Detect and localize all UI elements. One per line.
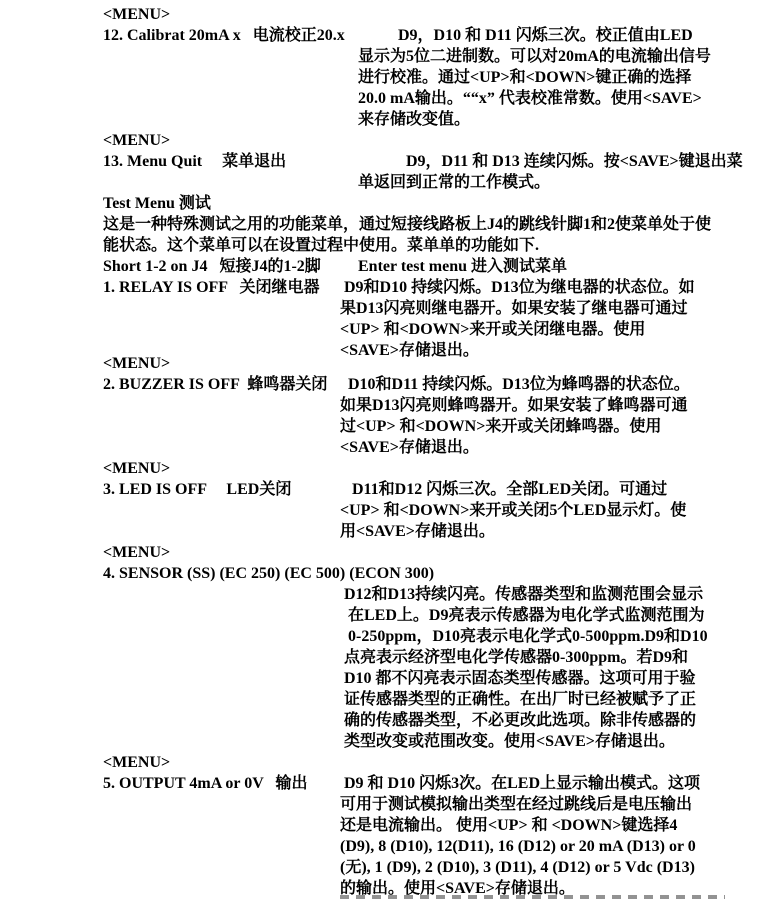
test-item-1-relay-label: 1. RELAY IS OFF 关闭继电器 bbox=[103, 277, 340, 298]
menu-item-13-label: 13. Menu Quit 菜单退出 bbox=[103, 151, 358, 172]
manual-page: <MENU> 12. Calibrat 20mA x 电流校正20.x D9，D… bbox=[0, 0, 780, 899]
menu-separator: <MENU> bbox=[0, 458, 780, 479]
test-item-1-relay-desc: D9和D10 持续闪烁。D13位为继电器的状态位。如 果D13闪亮则继电器开。如… bbox=[340, 277, 780, 361]
test-menu-heading: Test Menu 测试 bbox=[0, 193, 780, 214]
menu-separator: <MENU> bbox=[0, 4, 780, 25]
test-item-2-buzzer-desc: D10和D11 持续闪烁。D13位为蜂鸣器的状态位。 如果D13闪亮则蜂鸣器开。… bbox=[340, 374, 780, 458]
test-item-3-led-label: 3. LED IS OFF LED关闭 bbox=[103, 479, 340, 500]
menu-item-12-desc: D9，D10 和 D11 闪烁三次。校正值由LED 显示为5位二进制数。可以对2… bbox=[358, 25, 780, 130]
test-item-1-relay-row: 1. RELAY IS OFF 关闭继电器 D9和D10 持续闪烁。D13位为继… bbox=[0, 277, 780, 361]
enter-test-menu-desc: Enter test menu 进入测试菜单 bbox=[358, 256, 780, 277]
enter-test-menu-row: Short 1-2 on J4 短接J4的1-2脚 Enter test men… bbox=[0, 256, 780, 277]
test-item-5-output-row: 5. OUTPUT 4mA or 0V 输出 D9 和 D10 闪烁3次。在LE… bbox=[0, 773, 780, 899]
test-item-3-led-desc: D11和D12 闪烁三次。全部LED关闭。可通过 <UP> 和<DOWN>来开或… bbox=[340, 479, 780, 542]
menu-separator: <MENU> bbox=[0, 752, 780, 773]
menu-item-12-label: 12. Calibrat 20mA x 电流校正20.x bbox=[103, 25, 358, 46]
test-item-5-output-desc: D9 和 D10 闪烁3次。在LED上显示输出模式。这项 可用于测试模拟输出类型… bbox=[340, 773, 780, 899]
test-item-4-sensor-row: D12和D13持续闪亮。传感器类型和监测范围会显示 在LED上。D9亮表示传感器… bbox=[0, 584, 780, 752]
test-item-3-led-row: 3. LED IS OFF LED关闭 D11和D12 闪烁三次。全部LED关闭… bbox=[0, 479, 780, 542]
menu-item-13-desc: D9，D11 和 D13 连续闪烁。按<SAVE>键退出菜 单返回到正常的工作模… bbox=[358, 151, 780, 193]
test-item-4-sensor-desc: D12和D13持续闪亮。传感器类型和监测范围会显示 在LED上。D9亮表示传感器… bbox=[340, 584, 780, 752]
menu-separator: <MENU> bbox=[0, 542, 780, 563]
test-menu-intro: 这是一种特殊测试之用的功能菜单，通过短接线路板上J4的跳线针脚1和2使菜单处于使… bbox=[0, 214, 780, 256]
test-item-5-output-label: 5. OUTPUT 4mA or 0V 输出 bbox=[103, 773, 340, 794]
menu-item-12-row: 12. Calibrat 20mA x 电流校正20.x D9，D10 和 D1… bbox=[0, 25, 780, 130]
test-item-2-buzzer-label: 2. BUZZER IS OFF 蜂鸣器关闭 bbox=[103, 374, 340, 395]
test-item-4-sensor-label: 4. SENSOR (SS) (EC 250) (EC 500) (ECON 3… bbox=[0, 563, 780, 584]
menu-item-13-row: 13. Menu Quit 菜单退出 D9，D11 和 D13 连续闪烁。按<S… bbox=[0, 151, 780, 193]
test-item-2-buzzer-row: 2. BUZZER IS OFF 蜂鸣器关闭 D10和D11 持续闪烁。D13位… bbox=[0, 374, 780, 458]
clipped-next-line-remnant bbox=[340, 895, 725, 899]
enter-test-menu-label: Short 1-2 on J4 短接J4的1-2脚 bbox=[103, 256, 358, 277]
menu-separator: <MENU> bbox=[0, 130, 780, 151]
